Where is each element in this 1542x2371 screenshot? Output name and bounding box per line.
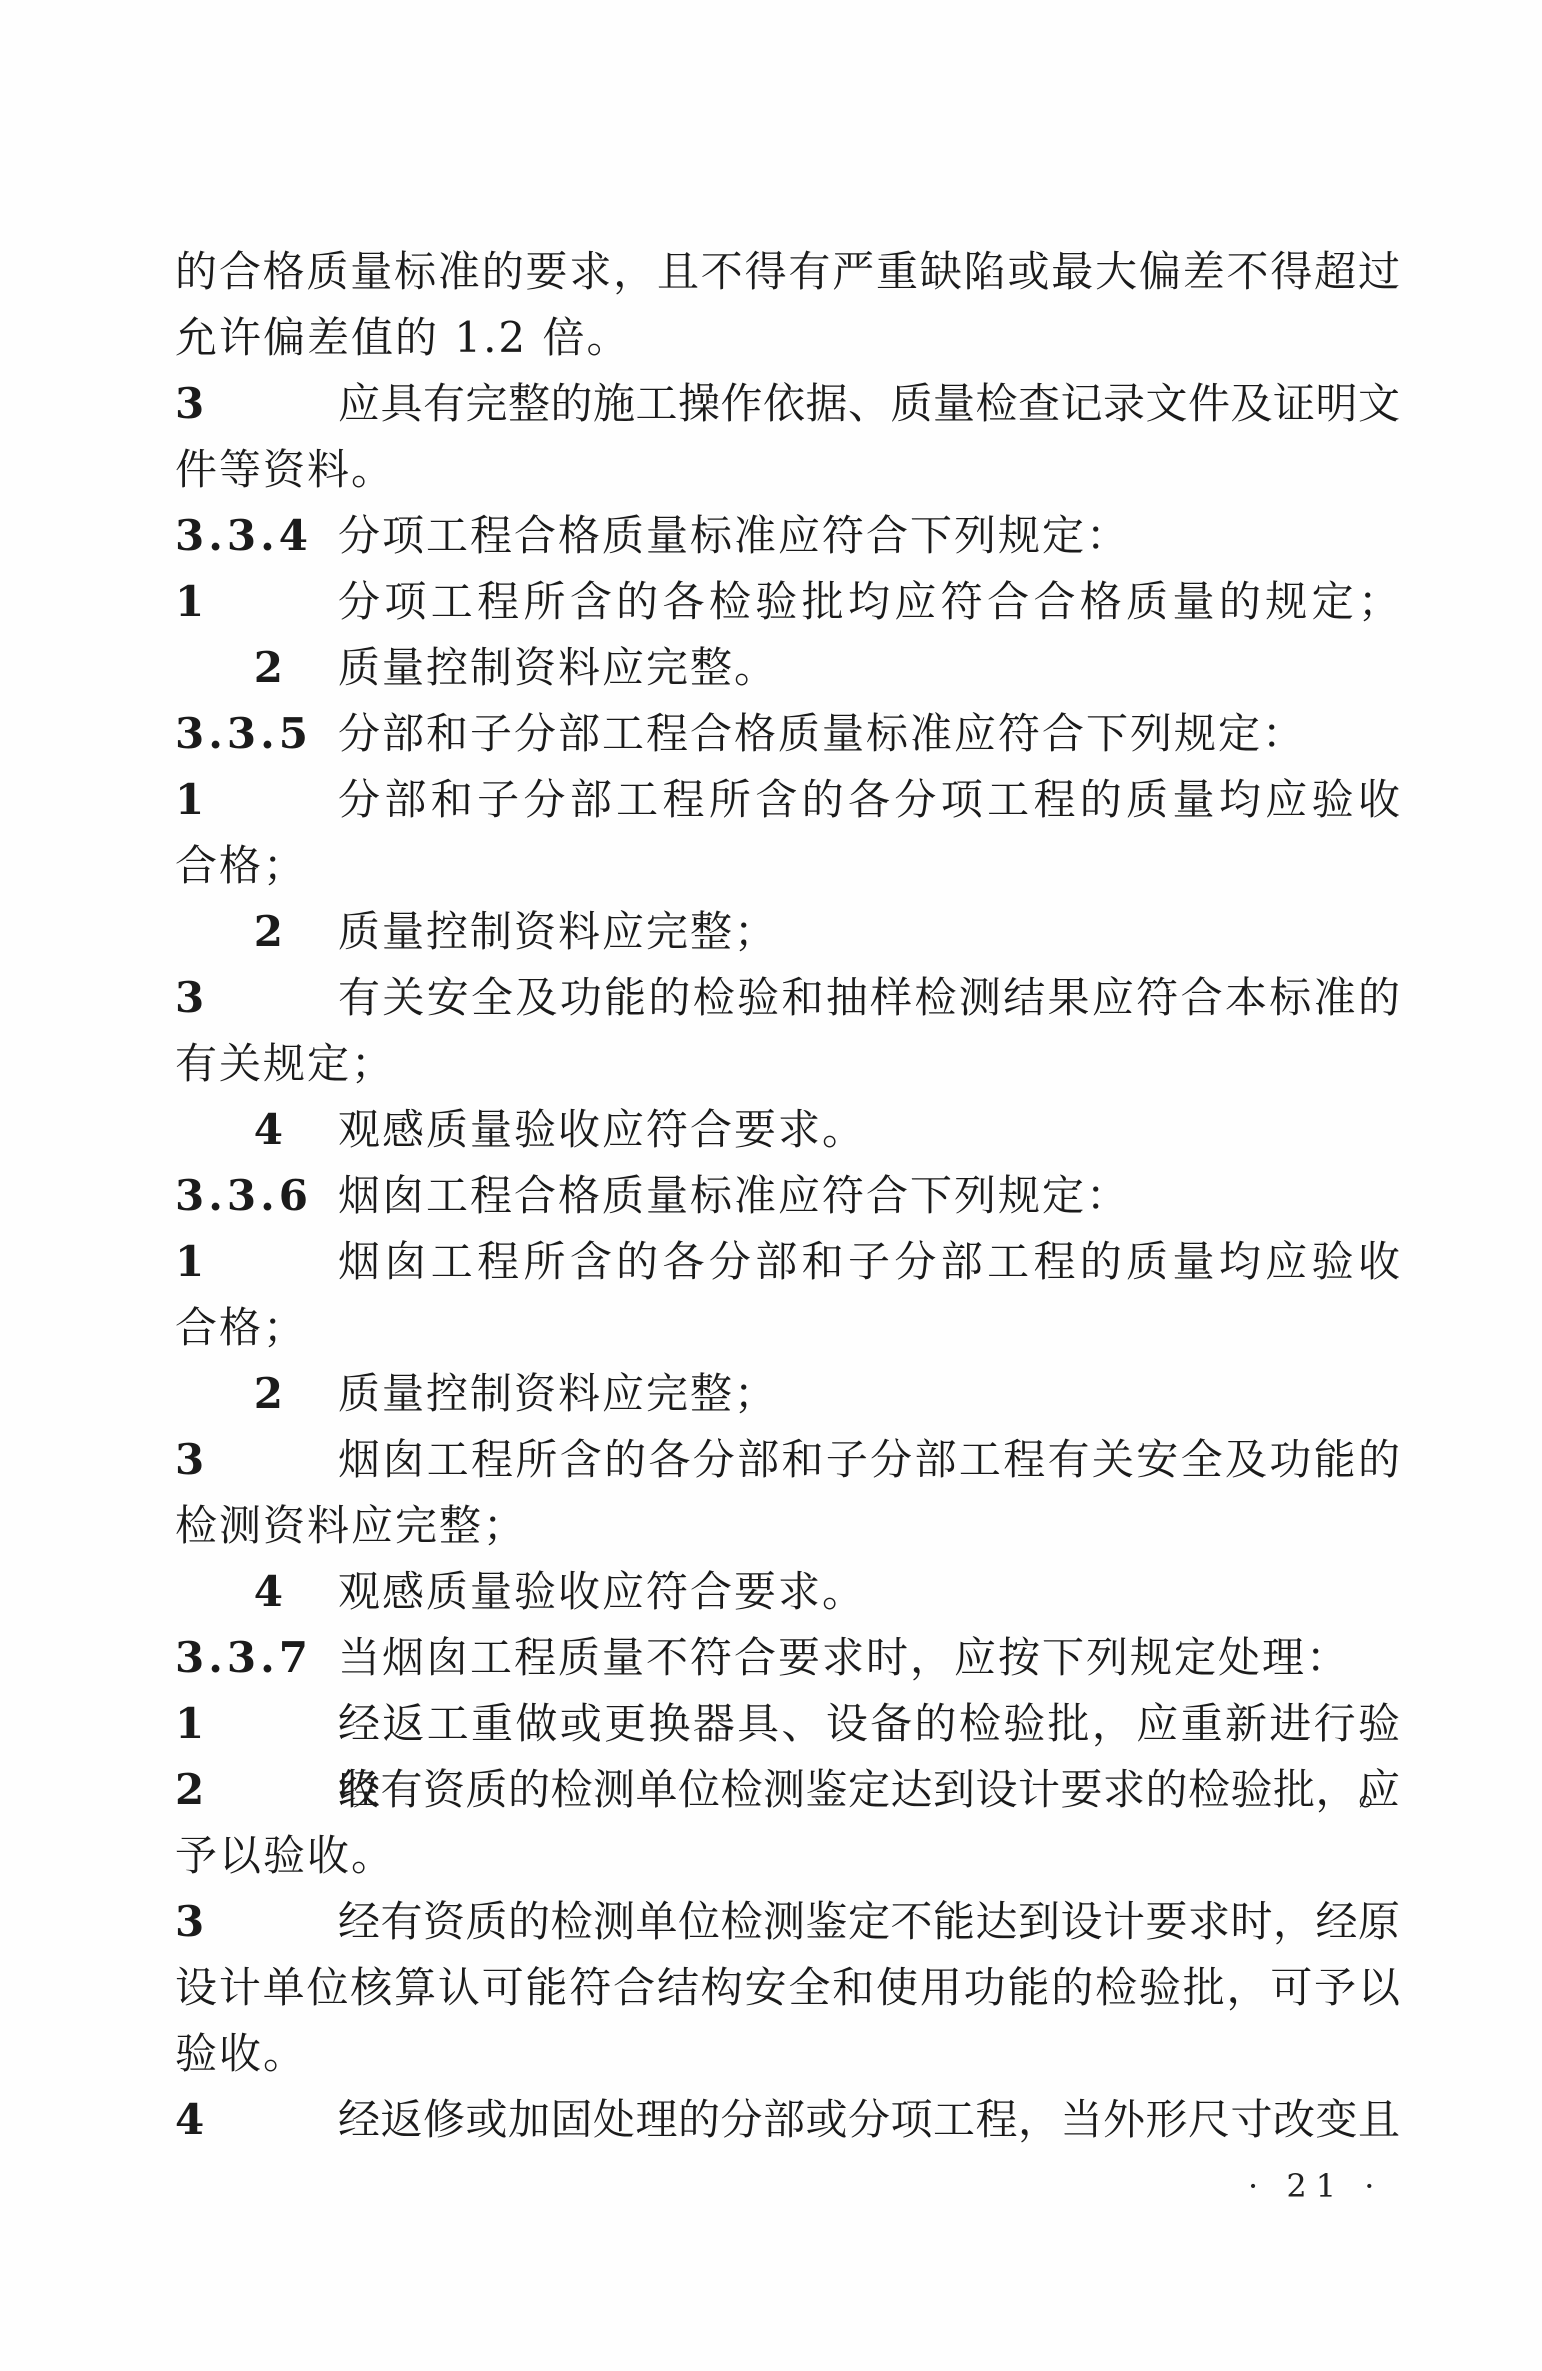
line-text: 应具有完整的施工操作依据、质量检查记录文件及证明文 [338,379,1400,428]
text-line: 3 有关安全及功能的检验和抽样检测结果应符合本标准的 [175,965,1400,1031]
clause-number: 1 [175,1229,283,1295]
text-line: 合格； [175,833,1400,899]
text-line: 2 质量控制资料应完整。 [175,635,1400,701]
line-text: 经有资质的检测单位检测鉴定达到设计要求的检验批，应 [338,1765,1400,1814]
text-line: 设计单位核算认可能符合结构安全和使用功能的检验批，可予以 [175,1955,1400,2021]
line-text: 经返修或加固处理的分部或分项工程，当外形尺寸改变且 [338,2095,1400,2144]
line-text: 质量控制资料应完整； [338,907,778,956]
text-line: 4 经返修或加固处理的分部或分项工程，当外形尺寸改变且 [175,2087,1400,2153]
clause-number: 3.3.4 [175,503,283,569]
text-line: 2 质量控制资料应完整； [175,1361,1400,1427]
clause-number: 3 [175,371,283,437]
clause-number: 4 [175,1097,283,1163]
text-block: 的合格质量标准的要求，且不得有严重缺陷或最大偏差不得超过 允许偏差值的 1.2 … [175,239,1400,2153]
line-text: 分部和子分部工程合格质量标准应符合下列规定： [338,709,1306,758]
line-text: 当烟囱工程质量不符合要求时，应按下列规定处理： [338,1633,1350,1682]
text-line: 2 质量控制资料应完整； [175,899,1400,965]
text-line: 验收。 [175,2021,1400,2087]
text-line: 3 应具有完整的施工操作依据、质量检查记录文件及证明文 [175,371,1400,437]
clause-number: 2 [175,1361,283,1427]
page-number: · 21 · [1248,2164,1383,2208]
line-text: 的合格质量标准的要求，且不得有严重缺陷或最大偏差不得超过 [175,247,1400,296]
line-text: 检测资料应完整； [175,1501,527,1550]
text-line: 允许偏差值的 1.2 倍。 [175,305,1400,371]
line-text: 件等资料。 [175,445,395,494]
text-line: 予以验收。 [175,1823,1400,1889]
text-line: 4 观感质量验收应符合要求。 [175,1097,1400,1163]
clause-number: 4 [175,2087,283,2153]
text-line: 1 分项工程所含的各检验批均应符合合格质量的规定； [175,569,1400,635]
text-line: 合格； [175,1295,1400,1361]
line-text: 验收。 [175,2029,307,2078]
line-text: 有关安全及功能的检验和抽样检测结果应符合本标准的 [338,973,1400,1022]
line-text: 分项工程所含的各检验批均应符合合格质量的规定； [338,577,1400,626]
line-text: 观感质量验收应符合要求。 [338,1105,866,1154]
clause-number: 1 [175,569,283,635]
line-text: 烟囱工程所含的各分部和子分部工程的质量均应验收 [338,1237,1400,1286]
clause-number: 3 [175,1889,283,1955]
line-text: 质量控制资料应完整。 [338,643,778,692]
line-text: 允许偏差值的 1.2 倍。 [175,313,631,362]
text-line: 3.3.5 分部和子分部工程合格质量标准应符合下列规定： [175,701,1400,767]
document-page: 的合格质量标准的要求，且不得有严重缺陷或最大偏差不得超过 允许偏差值的 1.2 … [0,0,1542,2371]
line-text: 有关规定； [175,1039,395,1088]
line-text: 予以验收。 [175,1831,395,1880]
text-line: 3 经有资质的检测单位检测鉴定不能达到设计要求时，经原 [175,1889,1400,1955]
line-text: 经有资质的检测单位检测鉴定不能达到设计要求时，经原 [338,1897,1400,1946]
text-line: 3.3.4 分项工程合格质量标准应符合下列规定： [175,503,1400,569]
clause-number: 1 [175,1691,283,1757]
text-line: 1 烟囱工程所含的各分部和子分部工程的质量均应验收 [175,1229,1400,1295]
line-text: 分部和子分部工程所含的各分项工程的质量均应验收 [338,775,1400,824]
line-text: 烟囱工程合格质量标准应符合下列规定： [338,1171,1130,1220]
text-line: 4 观感质量验收应符合要求。 [175,1559,1400,1625]
line-text: 合格； [175,841,307,890]
line-text: 合格； [175,1303,307,1352]
text-line: 1 分部和子分部工程所含的各分项工程的质量均应验收 [175,767,1400,833]
clause-number: 3.3.5 [175,701,283,767]
text-line: 有关规定； [175,1031,1400,1097]
line-text: 设计单位核算认可能符合结构安全和使用功能的检验批，可予以 [175,1963,1400,2012]
clause-number: 3.3.7 [175,1625,283,1691]
text-line: 件等资料。 [175,437,1400,503]
clause-number: 2 [175,1757,283,1823]
line-text: 分项工程合格质量标准应符合下列规定： [338,511,1130,560]
text-line: 检测资料应完整； [175,1493,1400,1559]
text-line: 2 经有资质的检测单位检测鉴定达到设计要求的检验批，应 [175,1757,1400,1823]
clause-number: 4 [175,1559,283,1625]
line-text: 质量控制资料应完整； [338,1369,778,1418]
line-text: 观感质量验收应符合要求。 [338,1567,866,1616]
text-line: 3.3.6 烟囱工程合格质量标准应符合下列规定： [175,1163,1400,1229]
clause-number: 2 [175,899,283,965]
clause-number: 2 [175,635,283,701]
line-text: 烟囱工程所含的各分部和子分部工程有关安全及功能的 [338,1435,1400,1484]
text-line: 3.3.7 当烟囱工程质量不符合要求时，应按下列规定处理： [175,1625,1400,1691]
clause-number: 3 [175,1427,283,1493]
text-line: 3 烟囱工程所含的各分部和子分部工程有关安全及功能的 [175,1427,1400,1493]
clause-number: 3 [175,965,283,1031]
clause-number: 3.3.6 [175,1163,283,1229]
text-line: 的合格质量标准的要求，且不得有严重缺陷或最大偏差不得超过 [175,239,1400,305]
clause-number: 1 [175,767,283,833]
text-line: 1 经返工重做或更换器具、设备的检验批，应重新进行验收。 [175,1691,1400,1757]
